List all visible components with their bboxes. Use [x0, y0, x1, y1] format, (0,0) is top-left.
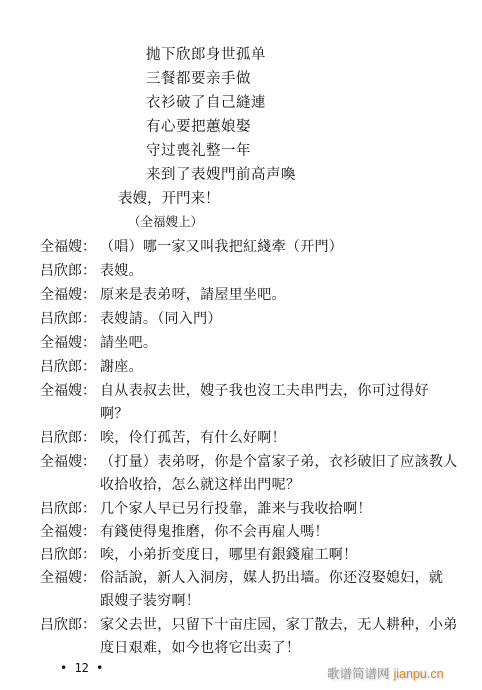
dialogue-continuation: 度日艰难，如今也将它出卖了！ [100, 637, 300, 657]
dialogue-continuation: 跟嫂子装穷啊！ [100, 590, 200, 610]
speaker-label: 吕欣郎： [40, 498, 100, 518]
dialogue-line: 全福嫂：原来是表弟呀，請屋里坐吧。 [40, 284, 286, 304]
speaker-label: 吕欣郎： [40, 260, 100, 280]
watermark-url: jianpu.cn [394, 667, 444, 681]
speaker-label: 全福嫂： [40, 451, 100, 471]
verse-line: 守过喪礼整一年 [146, 139, 251, 160]
dialogue-text: 表嫂請。（同入門） [100, 311, 222, 327]
dialogue-line: 吕欣郎：唉，小弟折变度日，哪里有銀錢雇工啊！ [40, 544, 357, 564]
verse-line: 有心要把蕙娘娶 [146, 115, 251, 136]
speaker-label: 吕欣郎： [40, 614, 100, 634]
verse-line: 来到了表嫂門前高声喚 [146, 163, 296, 184]
stage-direction: （全福嫂上） [128, 212, 203, 230]
verse-line: 三餐都要亲手做 [146, 67, 251, 88]
speaker-label: 全福嫂： [40, 332, 100, 352]
speaker-label: 吕欣郎： [40, 544, 100, 564]
dialogue-continuation: 啊？ [100, 403, 129, 423]
dialogue-line: 吕欣郎：几个家人早已另行投靠，誰来与我收拾啊！ [40, 498, 372, 518]
watermark: 歌谱简谱网jianpu.cn [327, 664, 444, 682]
dialogue-text: 家父去世，只留下十亩庄园，家丁散去，无人耕种，小弟 [100, 617, 458, 633]
dialogue-line: 吕欣郎：唉，伶仃孤苦，有什么好啊！ [40, 427, 286, 447]
dialogue-text: 原来是表弟呀，請屋里坐吧。 [100, 287, 286, 303]
dialogue-text: 唉，伶仃孤苦，有什么好啊！ [100, 430, 286, 446]
speaker-label: 全福嫂： [40, 236, 100, 256]
speaker-label: 全福嫂： [40, 567, 100, 587]
dialogue-line: 吕欣郎：家父去世，只留下十亩庄园，家丁散去，无人耕种，小弟 [40, 614, 458, 634]
dialogue-text: 俗話說，新人入洞房，媒人扔出墙。你还沒娶媳妇，就 [100, 570, 443, 586]
dialogue-text: （打量）表弟呀，你是个富家子弟，衣衫破旧了应該教人 [100, 454, 458, 470]
dialogue-text: 唉，小弟折变度日，哪里有銀錢雇工啊！ [100, 547, 357, 563]
dialogue-line: 吕欣郎：表嫂請。（同入門） [40, 308, 222, 328]
dialogue-text: 有錢使得鬼推磨，你不会再雇人嗎！ [100, 524, 329, 540]
watermark-site-name: 歌谱简谱网 [327, 666, 390, 681]
dialogue-line: 全福嫂：自从表叔去世，嫂子我也沒工夫串門去，你可过得好 [40, 380, 429, 400]
dialogue-line: 吕欣郎：表嫂。 [40, 260, 143, 280]
dialogue-text: 几个家人早已另行投靠，誰来与我收拾啊！ [100, 501, 372, 517]
verse-line: 衣衫破了自己縫連 [146, 91, 266, 112]
speaker-label: 吕欣郎： [40, 356, 100, 376]
dialogue-text: 表嫂。 [100, 263, 143, 279]
speaker-label: 吕欣郎： [40, 308, 100, 328]
verse-line: 抛下欣郎身世孤单 [146, 43, 266, 64]
dialogue-line: 全福嫂：（唱）哪一家又叫我把紅綫牽（开門） [40, 236, 343, 256]
dialogue-text: （唱）哪一家又叫我把紅綫牽（开門） [100, 239, 343, 255]
dialogue-text: 自从表叔去世，嫂子我也沒工夫串門去，你可过得好 [100, 383, 429, 399]
speaker-label: 全福嫂： [40, 284, 100, 304]
dialogue-line: 吕欣郎：謝座。 [40, 356, 143, 376]
dialogue-text: 謝座。 [100, 359, 143, 375]
document-page: 抛下欣郎身世孤单 三餐都要亲手做 衣衫破了自己縫連 有心要把蕙娘娶 守过喪礼整一… [0, 0, 482, 690]
page-number: • 12 • [60, 661, 103, 675]
dialogue-text: 請坐吧。 [100, 335, 157, 351]
speaker-label: 全福嫂： [40, 380, 100, 400]
speaker-label: 吕欣郎： [40, 427, 100, 447]
dialogue-line: 全福嫂：有錢使得鬼推磨，你不会再雇人嗎！ [40, 521, 329, 541]
speaker-label: 全福嫂： [40, 521, 100, 541]
dialogue-line: 全福嫂：請坐吧。 [40, 332, 157, 352]
dialogue-line: 全福嫂：俗話說，新人入洞房，媒人扔出墙。你还沒娶媳妇，就 [40, 567, 443, 587]
call-line: 表嫂，开門来！ [118, 187, 220, 208]
dialogue-continuation: 收拾收拾，怎么就这样出門呢？ [100, 474, 300, 494]
dialogue-line: 全福嫂：（打量）表弟呀，你是个富家子弟，衣衫破旧了应該教人 [40, 451, 458, 471]
